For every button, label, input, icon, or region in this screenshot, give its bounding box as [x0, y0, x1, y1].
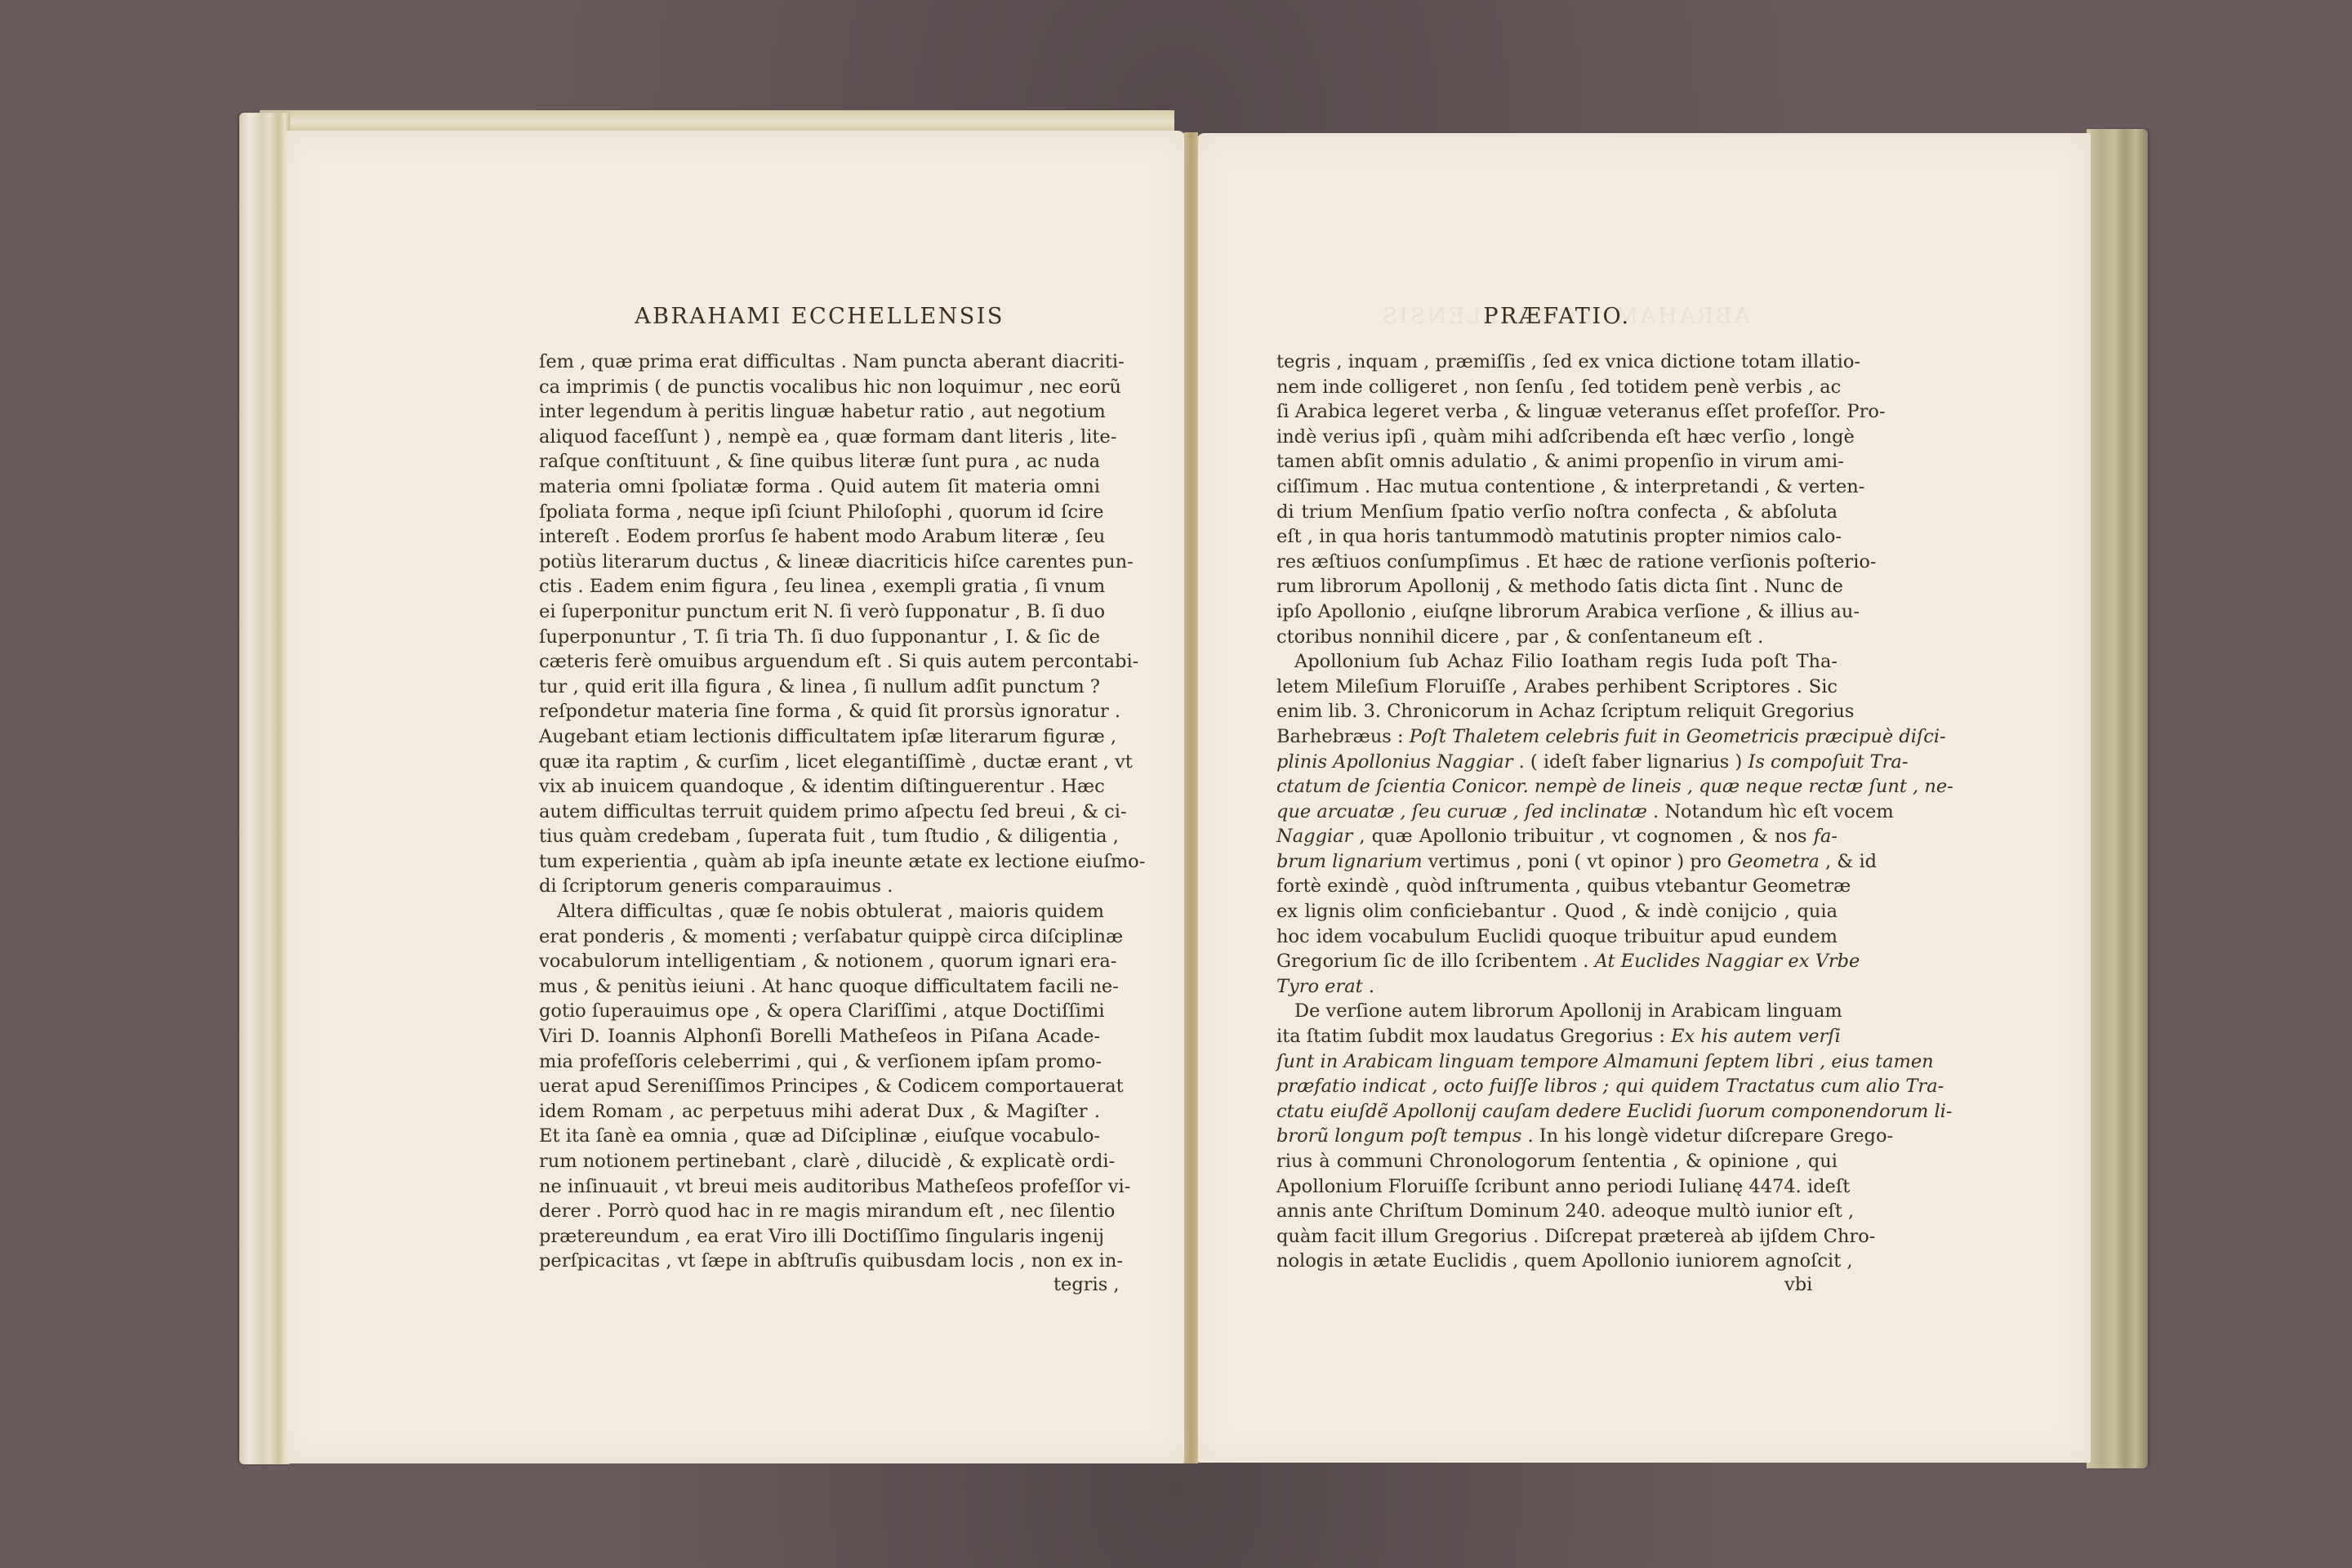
- text-line: ita ſtatim ſubdit mox laudatus Gregorius…: [1276, 1024, 1837, 1049]
- text-line: quæ ita raptim , & curſim , licet elegan…: [539, 750, 1100, 775]
- text-line: Augebant etiam lectionis difficultatem i…: [539, 724, 1100, 750]
- text-line: annis ante Chriſtum Dominum 240. adeoque…: [1276, 1199, 1837, 1224]
- text-line: ctoribus nonnihil dicere , par , & conſe…: [1276, 625, 1837, 650]
- text-line: perſpicacitas , vt ſæpe in abſtruſis qui…: [539, 1249, 1100, 1274]
- text-line: ipſo Apollonio , eiuſqne librorum Arabic…: [1276, 599, 1837, 625]
- text-line: ex lignis olim conficiebantur . Quod , &…: [1276, 899, 1837, 924]
- text-line: ca imprimis ( de punctis vocalibus hic n…: [539, 375, 1100, 400]
- text-line: ſunt in Arabicam linguam tempore Almamun…: [1276, 1049, 1837, 1075]
- text-line: Apollonium Floruiſſe ſcribunt anno perio…: [1276, 1174, 1837, 1200]
- text-line: brorũ longum poſt tempus . In his longè …: [1276, 1124, 1837, 1149]
- text-line: indè verius ipſi , quàm mihi adſcribenda…: [1276, 425, 1837, 450]
- text-line: erat ponderis , & momenti ; verſabatur q…: [539, 924, 1100, 950]
- left-text-column: ſem , quæ prima erat difficultas . Nam p…: [539, 350, 1100, 1274]
- open-book: ABRAHAMI ECCHELLENSIS ABRAHAMI ECCHELLEN…: [0, 0, 2352, 1568]
- text-line: rius à communi Chronologorum ſententia ,…: [1276, 1149, 1837, 1174]
- text-line: fortè exindè , quòd inſtrumenta , quibus…: [1276, 874, 1837, 899]
- text-line: res æſtiuos conſumpſimus . Et hæc de rat…: [1276, 550, 1837, 575]
- text-line: ne inſinuauit , vt breui meis auditoribu…: [539, 1174, 1100, 1200]
- right-running-head: PRÆFATIO.: [1276, 304, 1837, 329]
- text-line: enim lib. 3. Chronicorum in Achaz ſcript…: [1276, 699, 1837, 724]
- text-line: ſuperponuntur , T. ſi tria Th. ſi duo ſu…: [539, 625, 1100, 650]
- text-line: que arcuatæ , ſeu curuæ , ſed inclinatæ …: [1276, 800, 1837, 825]
- text-line: rum notionem pertinebant , clarè , diluc…: [539, 1149, 1100, 1174]
- text-line: plinis Apollonius Naggiar . ( ideſt fabe…: [1276, 750, 1837, 775]
- text-line: quàm facit illum Gregorius . Diſcrepat p…: [1276, 1224, 1837, 1249]
- text-line: tegris , inquam , præmiſſis , ſed ex vni…: [1276, 350, 1837, 375]
- text-line: Barhebræus : Poſt Thaletem celebris fuit…: [1276, 724, 1837, 750]
- page-stack-left-edge: [239, 113, 290, 1464]
- text-line: eſt , in qua horis tantummodò matutinis …: [1276, 524, 1837, 550]
- text-line: præfatio indicat , octo fuiſſe libros ; …: [1276, 1074, 1837, 1099]
- text-line: di trium Menſium ſpatio verſio noſtra co…: [1276, 500, 1837, 525]
- text-line: inter legendum à peritis linguæ habetur …: [539, 399, 1100, 425]
- text-line: De verſione autem librorum Apollonij in …: [1276, 999, 1837, 1024]
- text-line: Tyro erat .: [1276, 974, 1837, 1000]
- text-line: ei ſuperponitur punctum erit N. ſi verò …: [539, 599, 1100, 625]
- text-line: idem Romam , ac perpetuus mihi aderat Du…: [539, 1099, 1100, 1125]
- text-line: tum experientia , quàm ab ipſa ineunte æ…: [539, 849, 1100, 875]
- text-line: cæteris ferè omuibus arguendum eſt . Si …: [539, 649, 1100, 675]
- text-line: Altera difficultas , quæ ſe nobis obtule…: [539, 899, 1100, 924]
- text-line: vix ab inuicem quandoque , & identim diſ…: [539, 774, 1100, 800]
- text-line: ſem , quæ prima erat difficultas . Nam p…: [539, 350, 1100, 375]
- text-line: nologis in ætate Euclidis , quem Apollon…: [1276, 1249, 1837, 1274]
- text-line: aliquod faceſſunt ) , nempè ea , quæ for…: [539, 425, 1100, 450]
- text-line: tius quàm credebam , ſuperata fuit , tum…: [539, 824, 1100, 849]
- text-line: materia omni ſpoliatæ forma . Quid autem…: [539, 474, 1100, 500]
- text-line: letem Mileſium Floruiſſe , Arabes perhib…: [1276, 675, 1837, 700]
- right-text-column: tegris , inquam , præmiſſis , ſed ex vni…: [1276, 350, 1837, 1274]
- text-line: raſque conſtituunt , & ſine quibus liter…: [539, 449, 1100, 474]
- text-line: mus , & penitùs ieiuni . At hanc quoque …: [539, 974, 1100, 1000]
- text-line: hoc idem vocabulum Euclidi quoque tribui…: [1276, 924, 1837, 950]
- text-line: tur , quid erit illa figura , & linea , …: [539, 675, 1100, 700]
- text-line: ctatu eiuſdẽ Apollonij cauſam dedere Euc…: [1276, 1099, 1837, 1125]
- text-line: mia profeſſoris celeberrimi , qui , & ve…: [539, 1049, 1100, 1075]
- text-line: rum librorum Apollonij , & methodo ſatis…: [1276, 574, 1837, 599]
- text-line: uerat apud Sereniſſimos Principes , & Co…: [539, 1074, 1100, 1099]
- text-line: nem inde colligeret , non ſenſu , ſed to…: [1276, 375, 1837, 400]
- text-line: brum lignarium vertimus , poni ( vt opin…: [1276, 849, 1837, 875]
- text-line: prætereundum , ea erat Viro illi Doctiſſ…: [539, 1224, 1100, 1249]
- text-line: Viri D. Ioannis Alphonſi Borelli Matheſe…: [539, 1024, 1100, 1049]
- text-line: Gregorium ſic de illo ſcribentem . At Eu…: [1276, 949, 1837, 974]
- text-line: ciſſimum . Hac mutua contentione , & int…: [1276, 474, 1837, 500]
- text-line: Et ita ſanè ea omnia , quæ ad Diſciplinæ…: [539, 1124, 1100, 1149]
- text-line: reſpondetur materia ſine forma , & quid …: [539, 699, 1100, 724]
- text-line: ctis . Eadem enim figura , ſeu linea , e…: [539, 574, 1100, 599]
- page-stack-right-edge: [2087, 129, 2148, 1468]
- text-line: gotio ſuperauimus ope , & opera Clariſſi…: [539, 999, 1100, 1024]
- text-line: Naggiar , quæ Apollonio tribuitur , vt c…: [1276, 824, 1837, 849]
- left-running-head: ABRAHAMI ECCHELLENSIS: [539, 304, 1100, 329]
- right-catchword: vbi: [1784, 1274, 1812, 1295]
- text-line: derer . Porrò quod hac in re magis miran…: [539, 1199, 1100, 1224]
- text-line: ctatum de ſcientia Conicor. nempè de lin…: [1276, 774, 1837, 800]
- text-line: intereſt . Eodem prorſus ſe habent modo …: [539, 524, 1100, 550]
- text-line: ſi Arabica legeret verba , & linguæ vete…: [1276, 399, 1837, 425]
- text-line: di ſcriptorum generis comparauimus .: [539, 874, 1100, 899]
- text-line: autem difficultas terruit quidem primo a…: [539, 800, 1100, 825]
- left-catchword: tegris ,: [1053, 1274, 1120, 1295]
- text-line: tamen abſit omnis adulatio , & animi pro…: [1276, 449, 1837, 474]
- text-line: potiùs literarum ductus , & lineæ diacri…: [539, 550, 1100, 575]
- book-gutter: [1184, 132, 1198, 1463]
- text-line: ſpoliata forma , neque ipſi ſciunt Philo…: [539, 500, 1100, 525]
- text-line: Apollonium ſub Achaz Filio Ioatham regis…: [1276, 649, 1837, 675]
- text-line: vocabulorum intelligentiam , & notionem …: [539, 949, 1100, 974]
